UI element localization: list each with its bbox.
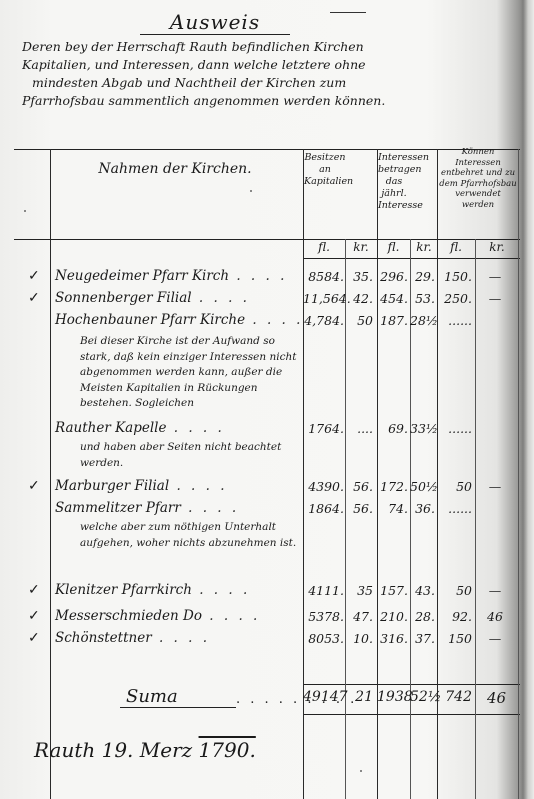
leader-dots: . . . . xyxy=(192,290,250,306)
cell-interest-kr: 43. xyxy=(410,583,435,598)
cell-capital-fl: 8584. xyxy=(303,269,344,284)
unit-florin: fl. xyxy=(305,240,343,254)
table-right-rule xyxy=(518,149,519,799)
cell-payable-fl: 50 xyxy=(437,479,472,494)
cell-interest-fl: 316. xyxy=(377,631,408,646)
cell-payable-fl: ...... xyxy=(437,313,472,328)
leader-dots: . . . . xyxy=(181,500,239,516)
cell-capital-fl: 1864. xyxy=(303,501,344,516)
church-name-text: Rauther Kapelle xyxy=(55,420,166,436)
cell-interest-fl: 157. xyxy=(377,583,408,598)
total-payable-kr: 46 xyxy=(475,689,518,707)
cell-payable-fl: 250. xyxy=(437,291,472,306)
document-title: Ausweis xyxy=(140,10,290,35)
cell-payable-kr: — xyxy=(475,631,515,646)
cell-payable-kr: — xyxy=(475,291,515,306)
check-mark: ✓ xyxy=(28,268,40,284)
cell-payable-fl: ...... xyxy=(437,501,472,516)
church-name-text: Neugedeimer Pfarr Kirch xyxy=(55,268,229,284)
signature-date: 19. Merz xyxy=(102,738,193,762)
cell-capital-fl: 5378. xyxy=(303,609,344,624)
leader-dots: . . . . xyxy=(229,268,287,284)
cell-interest-fl: 210. xyxy=(377,609,408,624)
total-bottom-rule xyxy=(303,714,520,715)
church-name: Sonnenberger Filial . . . . xyxy=(55,290,250,306)
church-name-text: Messerschmieden Do xyxy=(55,608,202,624)
title-flourish xyxy=(330,12,366,13)
check-mark: ✓ xyxy=(28,290,40,306)
paper-speck xyxy=(360,770,362,772)
cell-payable-fl: ...... xyxy=(437,421,472,436)
cell-capital-kr: .... xyxy=(345,421,373,436)
unit-kreuzer: kr. xyxy=(477,240,517,254)
cell-capital-kr: 42. xyxy=(345,291,373,306)
col-rule xyxy=(475,239,476,799)
church-name: Klenitzer Pfarrkirch . . . . xyxy=(55,582,250,598)
cell-capital-fl: 1764. xyxy=(303,421,344,436)
unit-kreuzer: kr. xyxy=(347,240,375,254)
document-page: Ausweis Deren bey der Herrschaft Rauth b… xyxy=(0,0,534,799)
total-interest-fl: 1938 xyxy=(377,689,408,705)
cell-payable-kr: — xyxy=(475,583,515,598)
cell-interest-fl: 296. xyxy=(377,269,408,284)
intro-paragraph: Deren bey der Herrschaft Rauth befindlic… xyxy=(22,38,482,110)
leader-dots: . . . . xyxy=(152,630,210,646)
total-top-rule xyxy=(303,684,520,685)
cell-capital-fl: 8053. xyxy=(303,631,344,646)
cell-capital-kr: 56. xyxy=(345,479,373,494)
church-name-text: Sonnenberger Filial xyxy=(55,290,192,306)
cell-interest-kr: 29. xyxy=(410,269,435,284)
church-name: Schönstettner . . . . xyxy=(55,630,210,646)
paper-speck xyxy=(24,210,26,212)
church-name-text: Hochenbauner Pfarr Kirche xyxy=(55,312,245,328)
row-note: welche aber zum nöthigen Unterhalt aufge… xyxy=(80,520,300,551)
cell-capital-kr: 56. xyxy=(345,501,373,516)
cell-capital-kr: 35 xyxy=(345,583,373,598)
cell-capital-kr: 35. xyxy=(345,269,373,284)
header-church-name: Nahmen der Kirchen. xyxy=(95,158,255,180)
cell-interest-fl: 74. xyxy=(377,501,408,516)
header-payable: Können Interessen entbehret und zu dem P… xyxy=(438,147,518,210)
cell-payable-kr: — xyxy=(475,479,515,494)
cell-capital-kr: 50 xyxy=(345,313,373,328)
total-capital-kr: 21 xyxy=(345,689,373,705)
leader-dots: . . . . xyxy=(192,582,250,598)
cell-interest-fl: 454. xyxy=(377,291,408,306)
unit-florin: fl. xyxy=(379,240,408,254)
unit-florin: fl. xyxy=(439,240,473,254)
signature-place: Rauth xyxy=(34,738,95,762)
cell-interest-kr: 36. xyxy=(410,501,435,516)
church-name: Hochenbauner Pfarr Kirche . . . . xyxy=(55,312,303,328)
scan-edge-shadow xyxy=(518,0,528,799)
church-name: Marburger Filial . . . . xyxy=(55,478,228,494)
cell-capital-fl: 4,784. xyxy=(303,313,344,328)
cell-capital-kr: 10. xyxy=(345,631,373,646)
cell-interest-fl: 187. xyxy=(377,313,408,328)
table-left-rule xyxy=(50,149,51,799)
leader-dots: . . . . xyxy=(245,312,303,328)
cell-interest-kr: 37. xyxy=(410,631,435,646)
check-mark: ✓ xyxy=(28,478,40,494)
header-interest: Interessen betragen das jährl. Interesse xyxy=(378,152,410,212)
row-note: und haben aber Seiten nicht beachtet wer… xyxy=(80,440,300,471)
cell-interest-kr: 33½ xyxy=(410,421,435,436)
leader-dots: . . . . xyxy=(202,608,260,624)
church-name: Messerschmieden Do . . . . xyxy=(55,608,260,624)
cell-capital-kr: 47. xyxy=(345,609,373,624)
intro-line: Kapitalien, und Interessen, dann welche … xyxy=(22,56,482,74)
row-note: Bei dieser Kirche ist der Aufwand so sta… xyxy=(80,334,300,412)
total-label: Suma xyxy=(120,686,236,708)
header-capital: Besitzen an Kapitalien xyxy=(304,152,346,188)
cell-payable-kr: — xyxy=(475,269,515,284)
cell-payable-fl: 150. xyxy=(437,269,472,284)
cell-interest-kr: 28½ xyxy=(410,313,435,328)
cell-interest-kr: 53. xyxy=(410,291,435,306)
cell-payable-fl: 150 xyxy=(437,631,472,646)
cell-interest-kr: 50½ xyxy=(410,479,435,494)
cell-interest-fl: 172. xyxy=(377,479,408,494)
paper-speck xyxy=(250,190,252,192)
unit-row-rule xyxy=(303,258,520,259)
leader-dots: . . . . xyxy=(169,478,227,494)
cell-interest-fl: 69. xyxy=(377,421,408,436)
total-payable-fl: 742 xyxy=(437,689,472,705)
leader-dots: . . . . xyxy=(166,420,224,436)
check-mark: ✓ xyxy=(28,582,40,598)
cell-payable-fl: 50 xyxy=(437,583,472,598)
total-capital-fl: 49147 xyxy=(303,689,344,705)
cell-capital-fl: 11,564. xyxy=(303,291,344,306)
church-name: Rauther Kapelle . . . . xyxy=(55,420,225,436)
total-interest-kr: 52½ xyxy=(410,689,435,705)
cell-payable-fl: 92. xyxy=(437,609,472,624)
check-mark: ✓ xyxy=(28,630,40,646)
cell-interest-kr: 28. xyxy=(410,609,435,624)
church-name-text: Klenitzer Pfarrkirch xyxy=(55,582,192,598)
cell-capital-fl: 4111. xyxy=(303,583,344,598)
signature-line: Rauth 19. Merz 1790. xyxy=(34,738,256,762)
unit-kreuzer: kr. xyxy=(412,240,436,254)
church-name-text: Marburger Filial xyxy=(55,478,169,494)
intro-line: Deren bey der Herrschaft Rauth befindlic… xyxy=(22,38,482,56)
cell-capital-fl: 4390. xyxy=(303,479,344,494)
check-mark: ✓ xyxy=(28,608,40,624)
cell-payable-kr: 46 xyxy=(475,609,515,624)
intro-line: Pfarrhofsbau sammentlich angenommen werd… xyxy=(22,92,482,110)
intro-line: mindesten Abgab und Nachtheil der Kirche… xyxy=(22,74,482,92)
church-name-text: Sammelitzer Pfarr xyxy=(55,500,181,516)
church-name-text: Schönstettner xyxy=(55,630,152,646)
signature-year: 1790. xyxy=(199,738,256,762)
church-name: Sammelitzer Pfarr . . . . xyxy=(55,500,239,516)
church-name: Neugedeimer Pfarr Kirch . . . . xyxy=(55,268,287,284)
